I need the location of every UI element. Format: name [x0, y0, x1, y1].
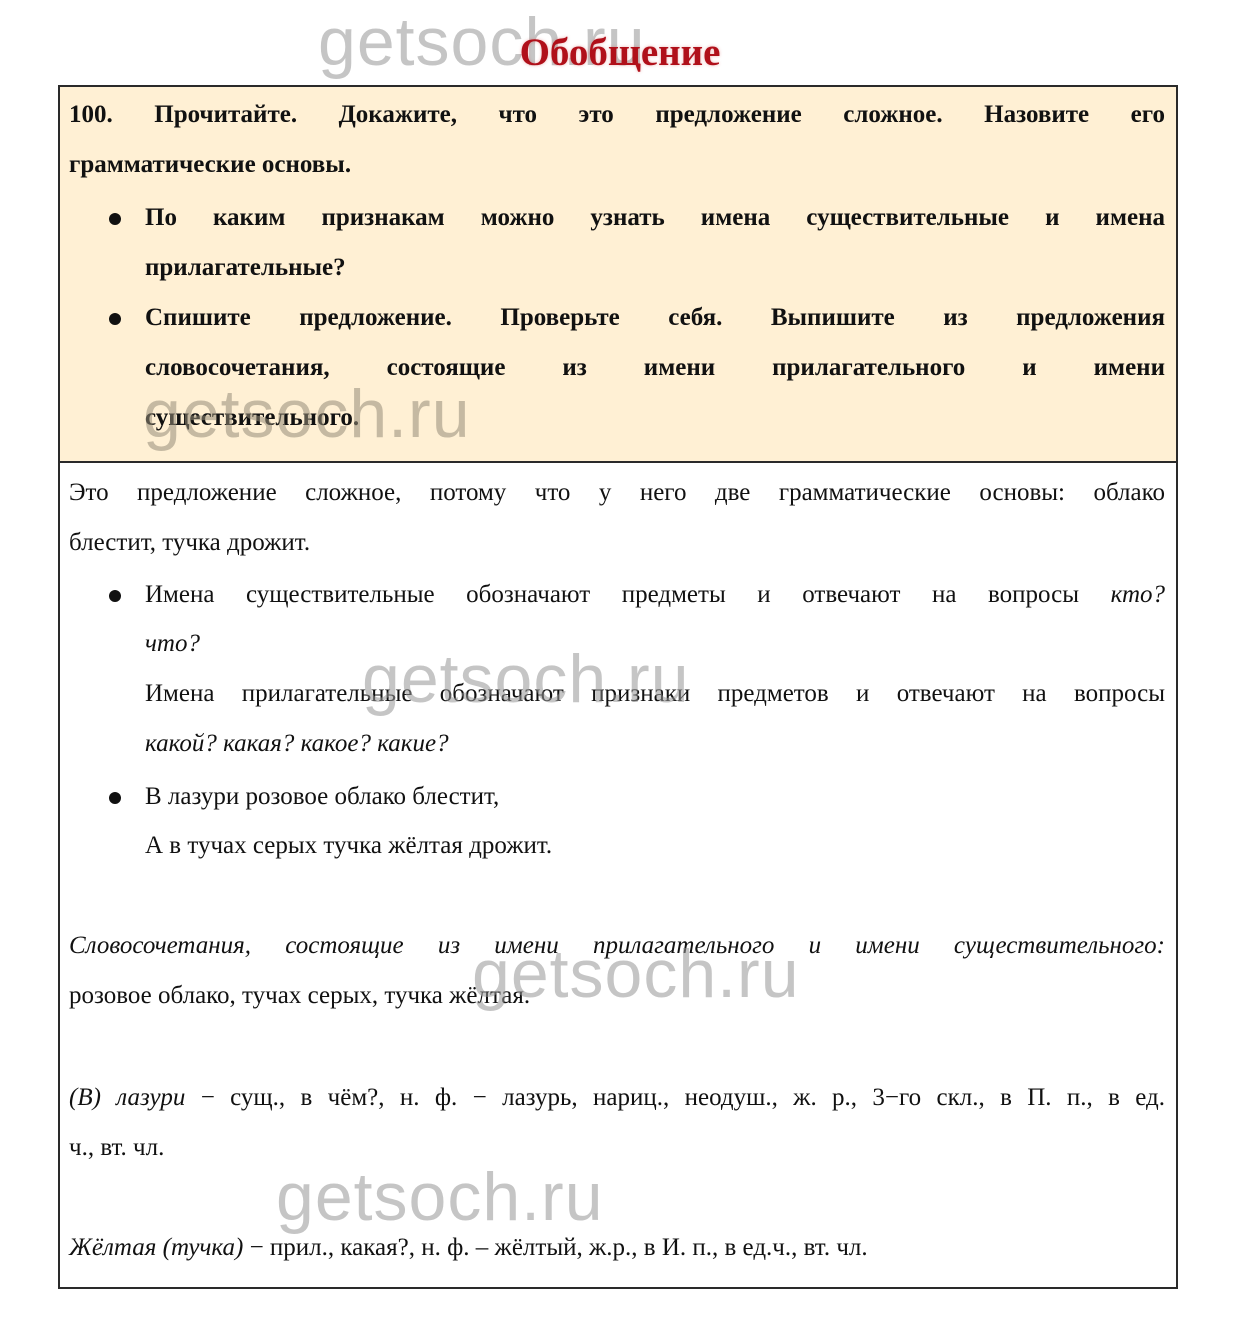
analysis-line: (В) лазури − сущ., в чём?, н. ф. − лазур… [69, 1073, 1165, 1123]
task-bullet-line: Спишите предложение. Проверьте себя. Вып… [145, 293, 1165, 343]
nouns-line: что? [145, 619, 1165, 669]
page-title: Обобщение [0, 28, 1240, 78]
analysis-text: − прил., какая?, н. ф. – жёлтый, ж.р., в… [243, 1234, 867, 1261]
task-bullet-line: существительного. [145, 393, 1165, 443]
task-bullet-line: По каким признакам можно узнать имена су… [145, 193, 1165, 243]
adjectives-line: Имена прилагательные обозначают признаки… [145, 669, 1165, 719]
nouns-line: Имена существительные обозначают предмет… [145, 570, 1165, 620]
answer-intro-line: блестит, тучка дрожит. [69, 518, 1165, 568]
adjectives-questions: какой? какая? какое? какие? [145, 730, 449, 757]
bullet-icon [109, 213, 121, 225]
answer-section: Это предложение сложное, потому что у не… [60, 463, 1176, 1287]
nouns-text: Имена существительные обозначают предмет… [145, 581, 1079, 608]
nouns-question: что? [145, 630, 200, 657]
exercise-frame: 100. Прочитайте. Докажите, что это предл… [58, 85, 1178, 1289]
bullet-icon [109, 792, 121, 804]
analysis-text: − сущ., в чём?, н. ф. − лазурь, нариц., … [185, 1084, 1165, 1111]
task-intro-line: грамматические основы. [69, 140, 1165, 190]
answer-intro-line: Это предложение сложное, потому что у не… [69, 468, 1165, 518]
analysis-term: Жёлтая (тучка) [69, 1234, 243, 1261]
adjectives-line: какой? какая? какое? какие? [145, 719, 1165, 769]
phrases-heading-text: Словосочетания, состоящие из имени прила… [69, 932, 1165, 959]
analysis-line: Жёлтая (тучка) − прил., какая?, н. ф. – … [69, 1223, 1165, 1273]
task-section: 100. Прочитайте. Докажите, что это предл… [60, 87, 1176, 463]
phrases-heading: Словосочетания, состоящие из имени прила… [69, 921, 1165, 971]
analysis-line: ч., вт. чл. [69, 1123, 1165, 1173]
task-bullet-line: прилагательные? [145, 243, 1165, 293]
poem-line: В лазури розовое облако блестит, [145, 772, 1165, 822]
bullet-icon [109, 590, 121, 602]
analysis-term: (В) лазури [69, 1084, 185, 1111]
nouns-question: кто? [1111, 581, 1165, 608]
task-bullet-line: словосочетания, состоящие из имени прила… [145, 343, 1165, 393]
task-intro-line: 100. Прочитайте. Докажите, что это предл… [69, 90, 1165, 140]
bullet-icon [109, 313, 121, 325]
phrases-list: розовое облако, тучах серых, тучка жёлта… [69, 971, 1165, 1021]
poem-line: А в тучах серых тучка жёлтая дрожит. [145, 821, 1165, 871]
